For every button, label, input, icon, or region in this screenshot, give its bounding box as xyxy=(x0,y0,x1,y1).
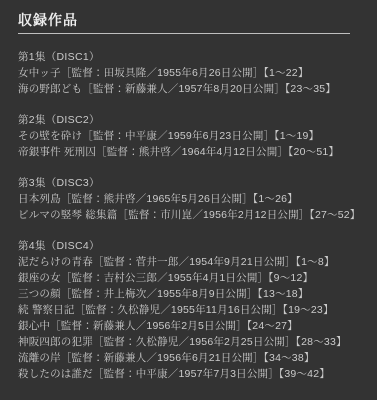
film-entry: ビルマの竪琴 総集篇［監督：市川崑／1956年2月12日公開］【27〜52】 xyxy=(18,207,350,223)
disc-title: 第4集（DISC4） xyxy=(18,238,350,254)
film-list: その壁を砕け［監督：中平康／1959年6月23日公開］【1〜19】 帝銀事件 死… xyxy=(18,128,350,160)
film-entry: 海の野郎ども［監督：新藤兼人／1957年8月20日公開］【23〜35】 xyxy=(18,81,350,97)
film-list: 泥だらけの青春［監督：菅井一郎／1954年9月21日公開］【1〜8】 銀座の女［… xyxy=(18,254,350,382)
film-entry: 三つの顔［監督：井上梅次／1955年8月9日公開］【13〜18】 xyxy=(18,286,350,302)
included-works-panel: 収録作品 第1集（DISC1） 女中ッ子［監督：田坂具隆／1955年6月26日公… xyxy=(0,0,377,400)
film-entry: 続 警察日記［監督：久松静児／1955年11月16日公開］【19〜23】 xyxy=(18,302,350,318)
disc-section: 第1集（DISC1） 女中ッ子［監督：田坂具隆／1955年6月26日公開］【1〜… xyxy=(18,49,350,97)
disc-title: 第1集（DISC1） xyxy=(18,49,350,65)
film-list: 女中ッ子［監督：田坂具隆／1955年6月26日公開］【1〜22】 海の野郎ども［… xyxy=(18,65,350,97)
disc-sections: 第1集（DISC1） 女中ッ子［監督：田坂具隆／1955年6月26日公開］【1〜… xyxy=(18,49,350,382)
film-entry: 泥だらけの青春［監督：菅井一郎／1954年9月21日公開］【1〜8】 xyxy=(18,254,350,270)
disc-section: 第4集（DISC4） 泥だらけの青春［監督：菅井一郎／1954年9月21日公開］… xyxy=(18,238,350,382)
page-title: 収録作品 xyxy=(18,10,350,30)
disc-title: 第2集（DISC2） xyxy=(18,112,350,128)
title-divider xyxy=(18,33,350,34)
film-entry: 銀心中［監督：新藤兼人／1956年2月5日公開］【24〜27】 xyxy=(18,318,350,334)
disc-section: 第3集（DISC3） 日本列島［監督：熊井啓／1965年5月26日公開］【1〜2… xyxy=(18,175,350,223)
film-entry: 女中ッ子［監督：田坂具隆／1955年6月26日公開］【1〜22】 xyxy=(18,65,350,81)
film-entry: 流離の岸［監督：新藤兼人／1956年6月21日公開］【34〜38】 xyxy=(18,350,350,366)
film-list: 日本列島［監督：熊井啓／1965年5月26日公開］【1〜26】 ビルマの竪琴 総… xyxy=(18,191,350,223)
film-entry: 銀座の女［監督：吉村公三郎／1955年4月1日公開］【9〜12】 xyxy=(18,270,350,286)
film-entry: その壁を砕け［監督：中平康／1959年6月23日公開］【1〜19】 xyxy=(18,128,350,144)
film-entry: 神阪四郎の犯罪［監督：久松静児／1956年2月25日公開］【28〜33】 xyxy=(18,334,350,350)
film-entry: 日本列島［監督：熊井啓／1965年5月26日公開］【1〜26】 xyxy=(18,191,350,207)
film-entry: 殺したのは誰だ［監督：中平康／1957年7月3日公開］【39〜42】 xyxy=(18,366,350,382)
disc-section: 第2集（DISC2） その壁を砕け［監督：中平康／1959年6月23日公開］【1… xyxy=(18,112,350,160)
film-entry: 帝銀事件 死刑囚［監督：熊井啓／1964年4月12日公開］【20〜51】 xyxy=(18,144,350,160)
disc-title: 第3集（DISC3） xyxy=(18,175,350,191)
